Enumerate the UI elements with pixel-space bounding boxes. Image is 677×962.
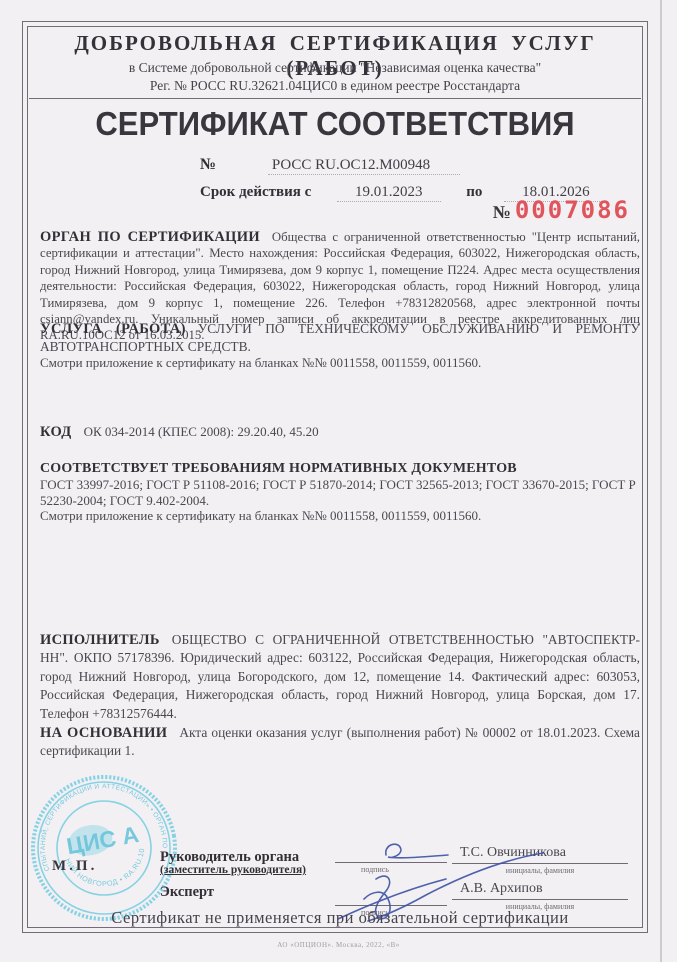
cert-number-row: № РОСС RU.OC12.M00948 xyxy=(200,156,460,174)
footer-note: Сертификат не применяется при обязательн… xyxy=(40,908,640,928)
cert-number-value: РОСС RU.OC12.M00948 xyxy=(268,157,460,175)
section-usluga: УСЛУГА (РАБОТА)УСЛУГИ ПО ТЕХНИЧЕСКОМУ ОБ… xyxy=(40,320,640,355)
stamp-center-text: ЦИС А xyxy=(64,821,140,859)
section-sootv-label: СООТВЕТСТВУЕТ ТРЕБОВАНИЯМ НОРМАТИВНЫХ ДО… xyxy=(40,461,640,477)
section-kod-text: ОК 034-2014 (КПЕС 2008): 29.20.40, 45.20 xyxy=(84,424,319,439)
head-signature-stroke xyxy=(386,844,448,858)
cert-number-label: № xyxy=(200,156,216,173)
expert-label: Эксперт xyxy=(160,884,214,901)
section-kod-label: КОД xyxy=(40,424,72,440)
validity-label: Срок действия с xyxy=(200,184,311,200)
section-usluga-label: УСЛУГА (РАБОТА) xyxy=(40,321,186,337)
deputy-head-label: (заместитель руководителя) xyxy=(160,864,306,876)
certificate-page: ДОБРОВОЛЬНАЯ СЕРТИФИКАЦИЯ УСЛУГ (РАБОТ) … xyxy=(0,0,677,962)
usluga-appendix: Смотри приложение к сертификату на бланк… xyxy=(40,355,640,371)
header-divider xyxy=(29,98,641,99)
section-na-osnovanii-label: НА ОСНОВАНИИ xyxy=(40,725,167,741)
print-info: АО «ОПЦИОН». Москва, 2022, «В» xyxy=(0,941,677,949)
registry-subtitle: Рег. № РОСС RU.32621.04ЦИС0 в едином рее… xyxy=(30,78,640,94)
section-ispolnitel-label: ИСПОЛНИТЕЛЬ xyxy=(40,632,160,648)
section-sootv-text: ГОСТ 33997-2016; ГОСТ Р 51108-2016; ГОСТ… xyxy=(40,477,644,509)
section-kod: КОДОК 034-2014 (КПЕС 2008): 29.20.40, 45… xyxy=(40,424,640,440)
section-organ-label: ОРГАН ПО СЕРТИФИКАЦИИ xyxy=(40,229,260,245)
mp-label: М.П. xyxy=(52,858,97,875)
system-subtitle: в Системе добровольной сертификации "Нез… xyxy=(30,60,640,76)
section-na-osnovanii: НА ОСНОВАНИИАкта оценки оказания услуг (… xyxy=(40,724,640,759)
blank-number-value: 0007086 xyxy=(515,196,630,224)
blank-number-row: № 0007086 xyxy=(350,196,630,224)
sootv-appendix: Смотри приложение к сертификату на бланк… xyxy=(40,508,640,524)
blank-number-symbol: № xyxy=(493,202,511,222)
section-ispolnitel: ИСПОЛНИТЕЛЬОБЩЕСТВО С ОГРАНИЧЕННОЙ ОТВЕТ… xyxy=(40,631,640,723)
certificate-title: СЕРТИФИКАТ СООТВЕТСТВИЯ xyxy=(48,105,621,143)
